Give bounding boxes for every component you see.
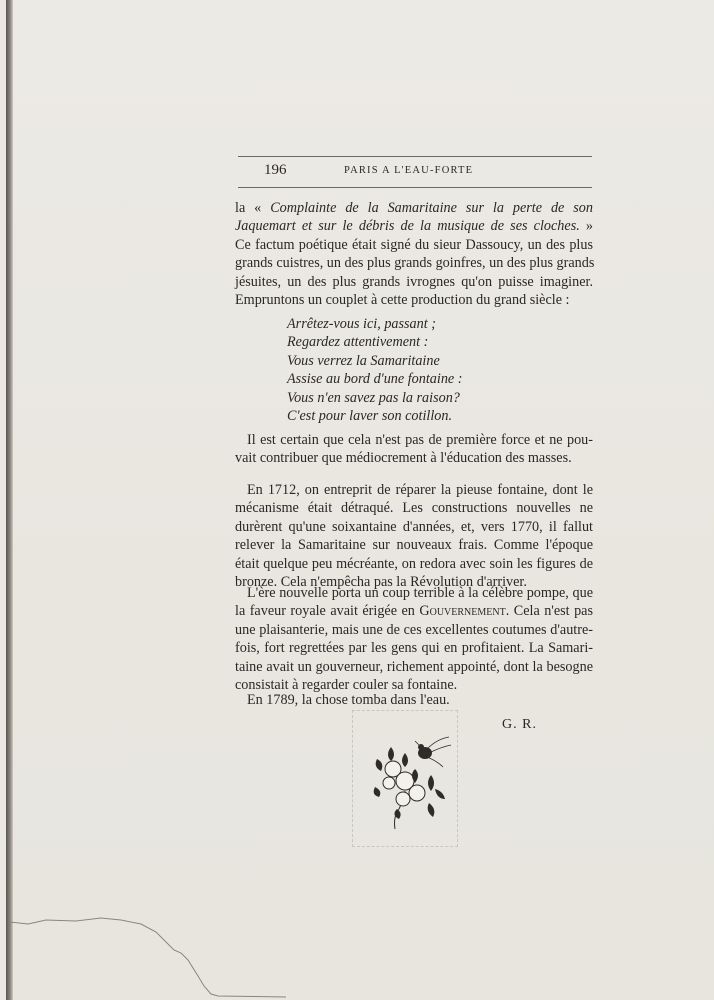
text-line: une plaisanterie, mais une de ces excell… bbox=[235, 621, 593, 639]
text-line: relever la Samaritaine sur nouveaux frai… bbox=[235, 536, 593, 554]
flower-branch-with-bee-icon bbox=[353, 711, 457, 846]
book-page: 196 PARIS A L'EAU-FORTE la « Complainte … bbox=[6, 0, 714, 1000]
text-span: la faveur royale avait érigée en bbox=[235, 603, 419, 619]
engraved-vignette bbox=[352, 710, 458, 847]
text-line: Empruntons un couplet à cette production… bbox=[235, 291, 593, 309]
text-line: mécanisme était détraqué. Les constructi… bbox=[235, 499, 593, 517]
paragraph-first-force: Il est certain que cela n'est pas de pre… bbox=[235, 431, 593, 468]
text-line: taine avait un gouverneur, richement app… bbox=[235, 658, 593, 676]
text-line: durèrent qu'une soixantaine d'années, et… bbox=[235, 518, 593, 536]
verse-couplet: Arrêtez-vous ici, passant ; Regardez att… bbox=[287, 315, 517, 425]
text-line: jésuites, un des plus grands ivrognes qu… bbox=[235, 273, 593, 291]
text-line: grands cuistres, un des plus grands goin… bbox=[235, 254, 593, 272]
closing-quote: » bbox=[580, 218, 593, 234]
text-line: Il est certain que cela n'est pas de pre… bbox=[235, 431, 593, 449]
text-line: fois, fort regrettées par les gens qui e… bbox=[235, 639, 593, 657]
author-signature: G. R. bbox=[502, 717, 537, 733]
running-title: PARIS A L'EAU-FORTE bbox=[344, 165, 473, 176]
text-line: En 1712, on entreprit de réparer la pieu… bbox=[235, 481, 593, 499]
verse-line: Regardez attentivement : bbox=[287, 333, 517, 351]
verse-line: C'est pour laver son cotillon. bbox=[287, 407, 517, 425]
italic-title: Jaquemart et sur le débris de la musique… bbox=[235, 218, 580, 234]
paper-tear-mark bbox=[6, 880, 286, 1000]
text-line: la faveur royale avait érigée en Gouvern… bbox=[235, 602, 593, 620]
text-span: . Cela n'est pas bbox=[506, 603, 593, 619]
text-line: L'ère nouvelle porta un coup terrible à … bbox=[235, 584, 593, 602]
text-line: En 1789, la chose tomba dans l'eau. bbox=[235, 691, 593, 709]
verse-line: Assise au bord d'une fontaine : bbox=[287, 370, 517, 388]
header-rule-top bbox=[238, 156, 592, 157]
text-line: Ce factum poétique était signé du sieur … bbox=[235, 236, 593, 254]
paragraph-1712: En 1712, on entreprit de réparer la pieu… bbox=[235, 481, 593, 591]
text-line: vait contribuer que médiocrement à l'édu… bbox=[235, 449, 593, 467]
small-caps-word: Gouvernement bbox=[419, 603, 505, 619]
page-number: 196 bbox=[264, 162, 287, 179]
page-spine-edge bbox=[6, 0, 13, 1000]
paragraph-gouvernement: L'ère nouvelle porta un coup terrible à … bbox=[235, 584, 593, 694]
verse-line: Vous verrez la Samaritaine bbox=[287, 352, 517, 370]
header-rule-bottom bbox=[238, 187, 592, 188]
text-line: Jaquemart et sur le débris de la musique… bbox=[235, 217, 593, 235]
text-line: la « Complainte de la Samaritaine sur la… bbox=[235, 199, 593, 217]
text-line: était quelque peu mécréante, on redora a… bbox=[235, 555, 593, 573]
text-span: la « bbox=[235, 200, 270, 216]
verse-line: Arrêtez-vous ici, passant ; bbox=[287, 315, 517, 333]
paragraph-1789: En 1789, la chose tomba dans l'eau. bbox=[235, 691, 593, 709]
verse-line: Vous n'en savez pas la raison? bbox=[287, 389, 517, 407]
opening-paragraph: la « Complainte de la Samaritaine sur la… bbox=[235, 199, 593, 309]
italic-title: Complainte de la Samaritaine sur la pert… bbox=[270, 200, 593, 216]
running-head: 196 PARIS A L'EAU-FORTE bbox=[238, 162, 592, 182]
